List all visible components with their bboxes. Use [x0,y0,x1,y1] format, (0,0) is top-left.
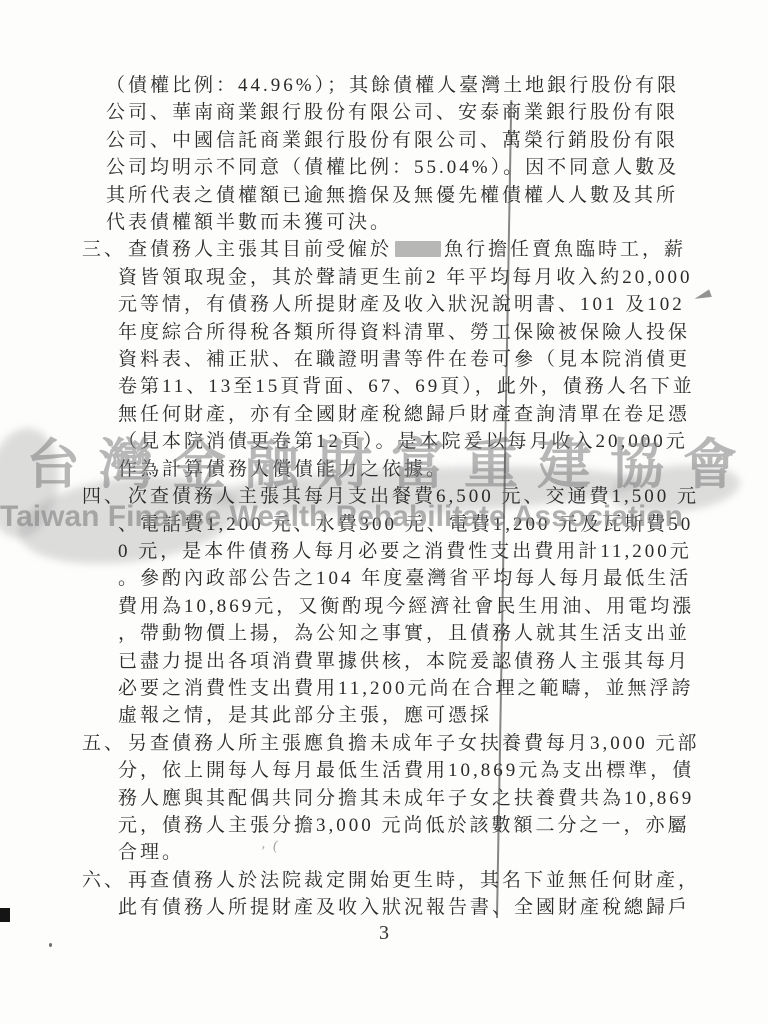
text-line: 元，債務人主張分擔3,000 元尚低於該數額二分之一，亦屬 [0,812,768,839]
text-line: 六、再查債務人於法院裁定開始更生時，其名下並無任何財產， [0,867,768,894]
stray-ink-mark: , ( [261,837,281,856]
text-line: 此有債務人所提財產及收入狀況報告書、全國財產稅總歸戶 [0,894,768,921]
text-segment: 再查債務人於法院裁定開始更生時，其名下並無任何財產， [128,870,700,891]
text-line: 公司、中國信託商業銀行股份有限公司、萬榮行銷股份有限 [0,127,768,154]
item-marker: 五、 [82,733,126,754]
item-marker: 六、 [82,870,126,891]
text-segment: 另查債務人所主張應負擔未成年子女扶養費每月3,000 元部 [128,733,700,754]
text-line: 合理。 [0,839,768,866]
text-line: （債權比例：44.96%）；其餘債權人臺灣土地銀行股份有限 [0,72,768,99]
text-line: 虛報之情，是其此部分主張，應可憑採 [0,702,768,729]
text-line: 公司、華南商業銀行股份有限公司、安泰商業銀行股份有限 [0,99,768,126]
text-line: ，帶動物價上揚，為公知之事實，且債務人就其生活支出並 [0,620,768,647]
scan-edge-mark [0,908,10,922]
text-segment: 查債務人主張其目前受僱於 [128,239,392,260]
redaction-box [395,241,441,257]
text-line: 卷第11、13至15頁背面、67、69頁），此外，債務人名下並 [0,373,768,400]
scanned-court-document-page: （債權比例：44.96%）；其餘債權人臺灣土地銀行股份有限 公司、華南商業銀行股… [0,0,768,1024]
text-line: 三、查債務人主張其目前受僱於魚行擔任賣魚臨時工，薪 [0,236,768,263]
text-line: 分，依上開每人每月最低生活費用10,869元為支出標準，債 [0,757,768,784]
watermark-chinese: 台灣金融財富重建協會 [26,422,766,499]
watermark-english: Taiwan Finance Wealth Rehabilitate Assoc… [0,500,768,534]
item-marker: 三、 [82,239,126,260]
page-number: 3 [0,922,768,945]
text-line: 已盡力提出各項消費單據供核，本院爰認債務人主張其每月 [0,648,768,675]
text-line: 資皆領取現金，其於聲請更生前2 年平均每月收入約20,000 [0,264,768,291]
text-line: 資料表、補正狀、在職證明書等件在卷可參（見本院消債更 [0,346,768,373]
text-line: 公司均明示不同意（債權比例：55.04%）。因不同意人數及 [0,154,768,181]
text-segment: 魚行擔任賣魚臨時工，薪 [444,239,686,260]
text-line: 0 元，是本件債務人每月必要之消費性支出費用計11,200元 [0,538,768,565]
text-line: 元等情，有債務人所提財產及收入狀況說明書、101 及102 [0,291,768,318]
text-line: 五、另查債務人所主張應負擔未成年子女扶養費每月3,000 元部 [0,730,768,757]
text-line: 必要之消費性支出費用11,200元尚在合理之範疇，並無浮誇 [0,675,768,702]
text-line: 。參酌內政部公告之104 年度臺灣省平均每人每月最低生活 [0,565,768,592]
text-line: 代表債權額半數而未獲可決。 [0,209,768,236]
text-line: 費用為10,869元，又衡酌現今經濟社會民生用油、用電均漲 [0,593,768,620]
text-line: 其所代表之債權額已逾無擔保及無優先權債權人人數及其所 [0,182,768,209]
ink-speck [49,943,52,947]
text-line: 年度綜合所得稅各類所得資料清單、勞工保險被保險人投保 [0,319,768,346]
text-line: 務人應與其配偶共同分擔其未成年子女之扶養費共為10,869 [0,785,768,812]
